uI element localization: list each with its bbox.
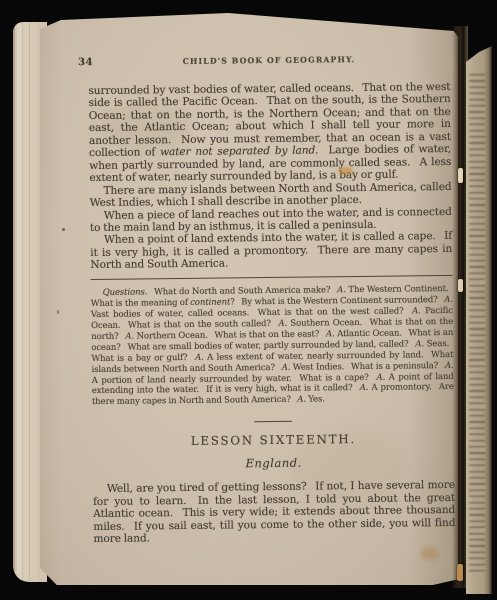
main-page: 34 CHILD'S BOOK OF GEOGRAPHY. surrounded… xyxy=(40,13,458,585)
italic-text: A. xyxy=(337,285,346,295)
stain xyxy=(421,547,439,560)
paragraph: surrounded by vast bodies of water, call… xyxy=(88,81,451,185)
lesson-heading: LESSON SIXTEENTH. xyxy=(92,431,454,449)
text: When a point of land extends into the wa… xyxy=(90,230,452,271)
text: There are many islands between North and… xyxy=(90,181,452,210)
main-text: surrounded by vast bodies of water, call… xyxy=(88,81,452,272)
lesson-subheading: England. xyxy=(93,454,455,472)
speck xyxy=(62,228,65,231)
paragraph: When a point of land extends into the wa… xyxy=(90,230,452,271)
questions-block: Questions. What do North and South Ameri… xyxy=(91,284,454,408)
lesson-text: Well, are you tired of getting lessons? … xyxy=(93,479,456,545)
facing-page-edge xyxy=(466,46,492,594)
italic-text: A. xyxy=(282,362,291,372)
facing-page-text-blur xyxy=(469,74,485,572)
stitch-mark xyxy=(457,564,463,581)
book-binding xyxy=(452,26,468,588)
italic-text: continent xyxy=(190,298,230,308)
running-header: CHILD'S BOOK OF GEOGRAPHY. xyxy=(88,51,450,67)
stitch-mark xyxy=(458,168,463,183)
italic-text: A. xyxy=(297,395,306,405)
text: Well, are you tired of getting lessons? … xyxy=(93,479,455,545)
text: West Indies. What is a peninsula? xyxy=(290,361,445,373)
page-number: 34 xyxy=(78,57,93,68)
text: When a piece of land reaches out into th… xyxy=(90,205,452,234)
italic-text: A. xyxy=(415,339,424,349)
italic-text: A. xyxy=(412,306,421,316)
speck xyxy=(57,310,59,314)
book-photo: 34 CHILD'S BOOK OF GEOGRAPHY. surrounded… xyxy=(0,0,497,600)
paragraph: Well, are you tired of getting lessons? … xyxy=(93,479,456,545)
italic-text: A. xyxy=(360,383,369,393)
questions-rule xyxy=(91,275,453,280)
stain xyxy=(338,167,353,175)
section-divider xyxy=(254,421,292,422)
page-header: 34 CHILD'S BOOK OF GEOGRAPHY. xyxy=(88,51,450,69)
italic-text: A. xyxy=(125,331,134,341)
italic-text: Questions. xyxy=(103,288,148,299)
stitch-mark xyxy=(458,279,463,292)
italic-text: A. xyxy=(278,319,287,329)
printed-content: 34 CHILD'S BOOK OF GEOGRAPHY. surrounded… xyxy=(88,51,456,546)
text: Yes. xyxy=(306,395,325,405)
